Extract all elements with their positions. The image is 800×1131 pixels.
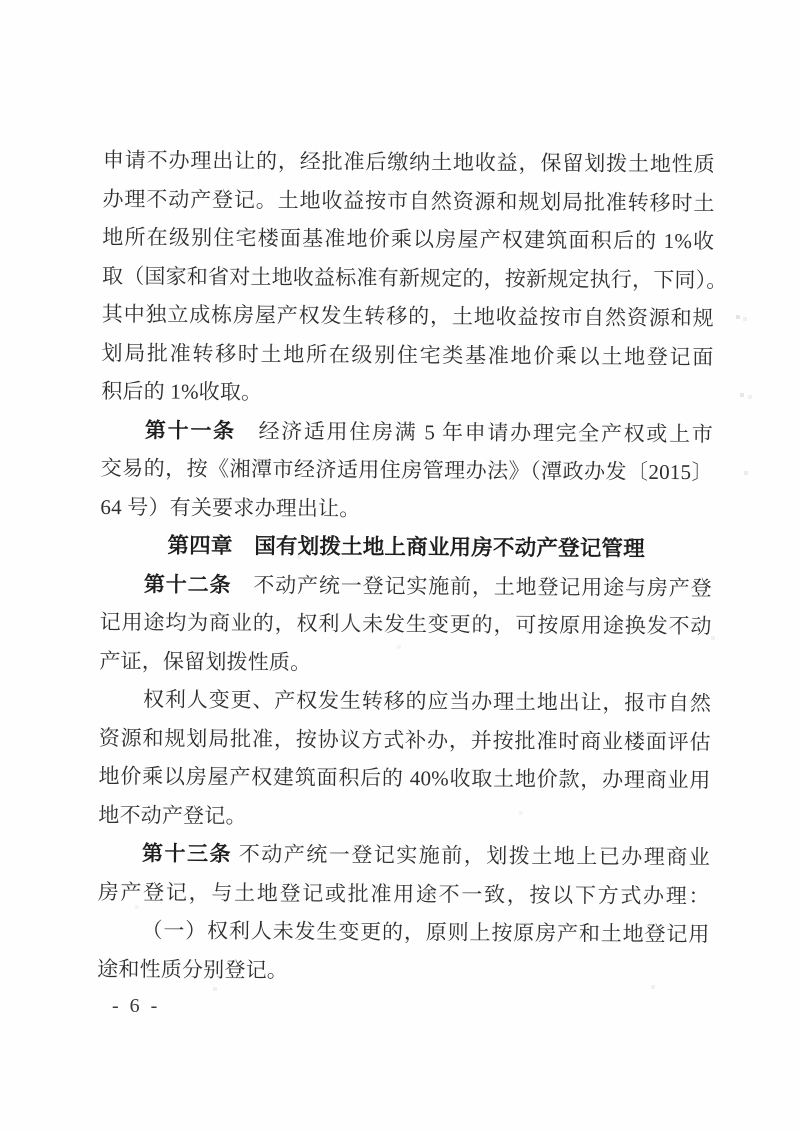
text-line: 房产登记，与土地登记或批准用途不一致，按以下方式办理： <box>98 872 710 915</box>
text-line: 积后的 1%收取。 <box>101 372 713 415</box>
document-body: 申请不办理出让的，经批准后缴纳土地收益，保留划拨土地性质办理不动产登记。土地收益… <box>97 141 715 992</box>
line-text: 地价乘以房屋产权建筑面积后的 40%收取土地价款，办理商业用 <box>98 764 710 792</box>
line-text: 取（国家和省对土地收益标准有新规定的，按新规定执行，下同）。 <box>102 263 728 291</box>
article-number: 第十三条 <box>142 841 232 866</box>
document-page: 申请不办理出让的，经批准后缴纳土地收益，保留划拨土地性质办理不动产登记。土地收益… <box>0 0 800 1131</box>
line-text: 交易的，按《湘潭市经济适用住房管理办法》（潭政办发〔2015〕 <box>101 456 713 484</box>
text-line: 地所在级别住宅楼面基准地价乘以房屋产权建筑面积后的 1%收 <box>102 218 714 261</box>
text-line: 途和性质分别登记。 <box>97 949 709 992</box>
line-text: 资源和规划局批准，按协议方式补办，并按批准时商业楼面评估 <box>99 725 711 753</box>
line-text: （一）权利人未发生变更的，原则上按原房产和土地登记用 <box>141 918 709 946</box>
text-line: 第十三条 不动产统一登记实施前，划拨土地上已办理商业 <box>98 834 710 877</box>
text-line: 64 号）有关要求办理出让。 <box>100 487 712 530</box>
line-text: 64 号）有关要求办理出让。 <box>100 494 360 520</box>
text-line: 产证，保留划拨性质。 <box>99 641 711 684</box>
line-text: 申请不办理出让的，经批准后缴纳土地收益，保留划拨土地性质 <box>103 148 715 176</box>
text-line: 交易的，按《湘潭市经济适用住房管理办法》（潭政办发〔2015〕 <box>101 449 713 492</box>
line-text: 权利人变更、产权发生转移的应当办理土地出让，报市自然 <box>143 687 711 715</box>
line-text: 办理不动产登记。土地收益按市自然资源和规划局批准转移时土 <box>103 186 715 214</box>
chapter-heading: 第四章 国有划拨土地上商业用房不动产登记管理 <box>100 526 712 569</box>
line-text: 地所在级别住宅楼面基准地价乘以房屋产权建筑面积后的 1%收 <box>102 225 714 253</box>
line-text: 划局批准转移时土地所在级别住宅类基准地价乘以土地登记面 <box>101 340 713 368</box>
text-line: 资源和规划局批准，按协议方式补办，并按批准时商业楼面评估 <box>99 718 711 761</box>
page-number: - 6 - <box>112 995 160 1018</box>
line-text: 地不动产登记。 <box>98 802 247 827</box>
line-text: 不动产统一登记实施前，划拨土地上已办理商业 <box>232 842 710 869</box>
line-text: 途和性质分别登记。 <box>97 956 288 981</box>
scan-noise-specks <box>0 0 2 2</box>
line-text: 房产登记，与土地登记或批准用途不一致，按以下方式办理： <box>98 879 710 907</box>
line-text: 其中独立成栋房屋产权发生转移的，土地收益按市自然资源和规 <box>102 302 714 330</box>
text-line: 其中独立成栋房屋产权发生转移的，土地收益按市自然资源和规 <box>102 295 714 338</box>
line-text: 不动产统一登记实施前，土地登记用途与房产登 <box>231 572 712 599</box>
text-line: （一）权利人未发生变更的，原则上按原房产和土地登记用 <box>97 911 709 954</box>
line-text: 积后的 1%收取。 <box>101 379 262 404</box>
text-line: 地价乘以房屋产权建筑面积后的 40%收取土地价款，办理商业用 <box>98 757 710 800</box>
article-number: 第十一条 <box>145 418 236 443</box>
text-line: 取（国家和省对土地收益标准有新规定的，按新规定执行，下同）。 <box>102 256 714 299</box>
document-lines: 申请不办理出让的，经批准后缴纳土地收益，保留划拨土地性质办理不动产登记。土地收益… <box>97 141 715 992</box>
text-line: 地不动产登记。 <box>98 795 710 838</box>
line-text: 产证，保留划拨性质。 <box>99 648 311 673</box>
line-text: 经济适用住房满 5 年申请办理完全产权或上市 <box>236 418 713 445</box>
line-text: 第四章 国有划拨土地上商业用房不动产登记管理 <box>167 533 645 560</box>
text-line: 申请不办理出让的，经批准后缴纳土地收益，保留划拨土地性质 <box>103 141 715 184</box>
line-text: 记用途均为商业的，权利人未发生变更的，可按原用途换发不动 <box>100 610 712 638</box>
text-line: 记用途均为商业的，权利人未发生变更的，可按原用途换发不动 <box>100 603 712 646</box>
text-line: 第十二条 不动产统一登记实施前，土地登记用途与房产登 <box>100 564 712 607</box>
text-line: 划局批准转移时土地所在级别住宅类基准地价乘以土地登记面 <box>101 333 713 376</box>
text-line: 权利人变更、产权发生转移的应当办理土地出让，报市自然 <box>99 680 711 723</box>
text-line: 办理不动产登记。土地收益按市自然资源和规划局批准转移时土 <box>102 179 714 222</box>
article-number: 第十二条 <box>144 572 232 597</box>
text-line: 第十一条 经济适用住房满 5 年申请办理完全产权或上市 <box>101 410 713 453</box>
